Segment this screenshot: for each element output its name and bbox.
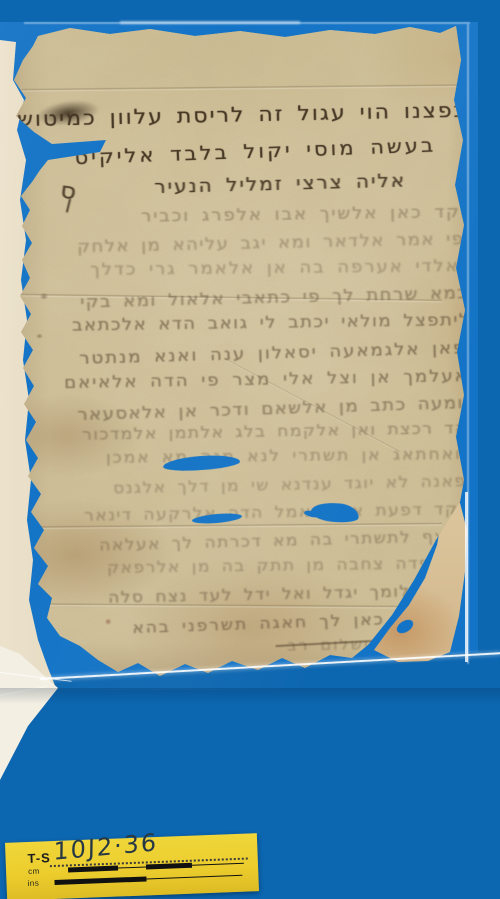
manuscript-text-line: ליתפצל מולאי יכתב לי גואב הדא אלכתאב [72,312,471,334]
glass-shadow [0,688,500,704]
manuscript-text-line: אליה צרצי זמליל הנעיר [154,171,406,196]
manuscript-text-block: ובפצנו הוי עגול זה לריסת עלוון כמיטושבעש… [12,24,470,688]
manuscript-text-line: בעשה מוסי יקול בלבד אליקיס [74,136,436,168]
ins-scale-bar [146,875,242,880]
cm-scale-bar [192,863,244,866]
manuscript-text-line: פאן אלגמאעה יסאלון ענה ואנא מנתטר [79,340,466,367]
manuscript-text-line: ונצף לתשתרי בה מא דכרתה לך אעלאה [99,529,460,554]
manuscript-text-line: ובפצנו הוי עגול זה לריסת עלוון כמיטוש [17,101,476,131]
classmark-label: T-S 10J2·36 cm ins [5,833,259,899]
manuscript-text-line: ותנפדה צחבה מן תתק בה מן אלרפאק [107,556,458,577]
manuscript-text-line: קד רכצת ואן אלקמח בלג אלתמן אלמדכור [82,421,469,443]
manuscript-text-line: ושלומך יגדל ואל ידל לעד נצח סלה [108,584,430,606]
ins-scale-label: ins [27,879,39,888]
manuscript-text-line: ואלדי אערפה בה אן אלאמר גרי כדלך [90,258,467,279]
manuscript-text-line: כמא שרחת לך פי כתאבי אלאול ומא בקי [80,285,468,311]
manuscript-fragment: ובפצנו הוי עגול זה לריסת עלוון כמיטושבעש… [12,24,470,688]
classmark-prefix: T-S [27,850,51,866]
manuscript-text-line: אעלמך אן וצל אלי מצר פי הדה אלאיאם [64,368,469,392]
manuscript-text-line: ואחתאג אן תשתרי לנא מנה מא אמכן [106,447,462,466]
cm-scale-bar [68,866,118,872]
cm-scale-bar [118,866,146,868]
manuscript-text-line: וקד כאן אלשיך אבו אלפרג וכביר [141,204,468,225]
manuscript-text-line: וקד דפעת אלי חאמל הדה אלרקעה דינאר [84,502,465,524]
manuscript-text-line: פי אמר אלדאר ומא יגב עליהא מן אלחק [77,231,465,256]
photo-background: ובפצנו הוי עגול זה לריסת עלוון כמיטושבעש… [0,0,500,899]
cm-scale-bar [146,863,192,869]
cm-scale-label: cm [28,867,40,876]
ins-scale-bar [54,876,146,885]
manuscript-text-line: פאנה לא יוגד ענדנא שי מן דלך אלגנס [113,474,467,497]
